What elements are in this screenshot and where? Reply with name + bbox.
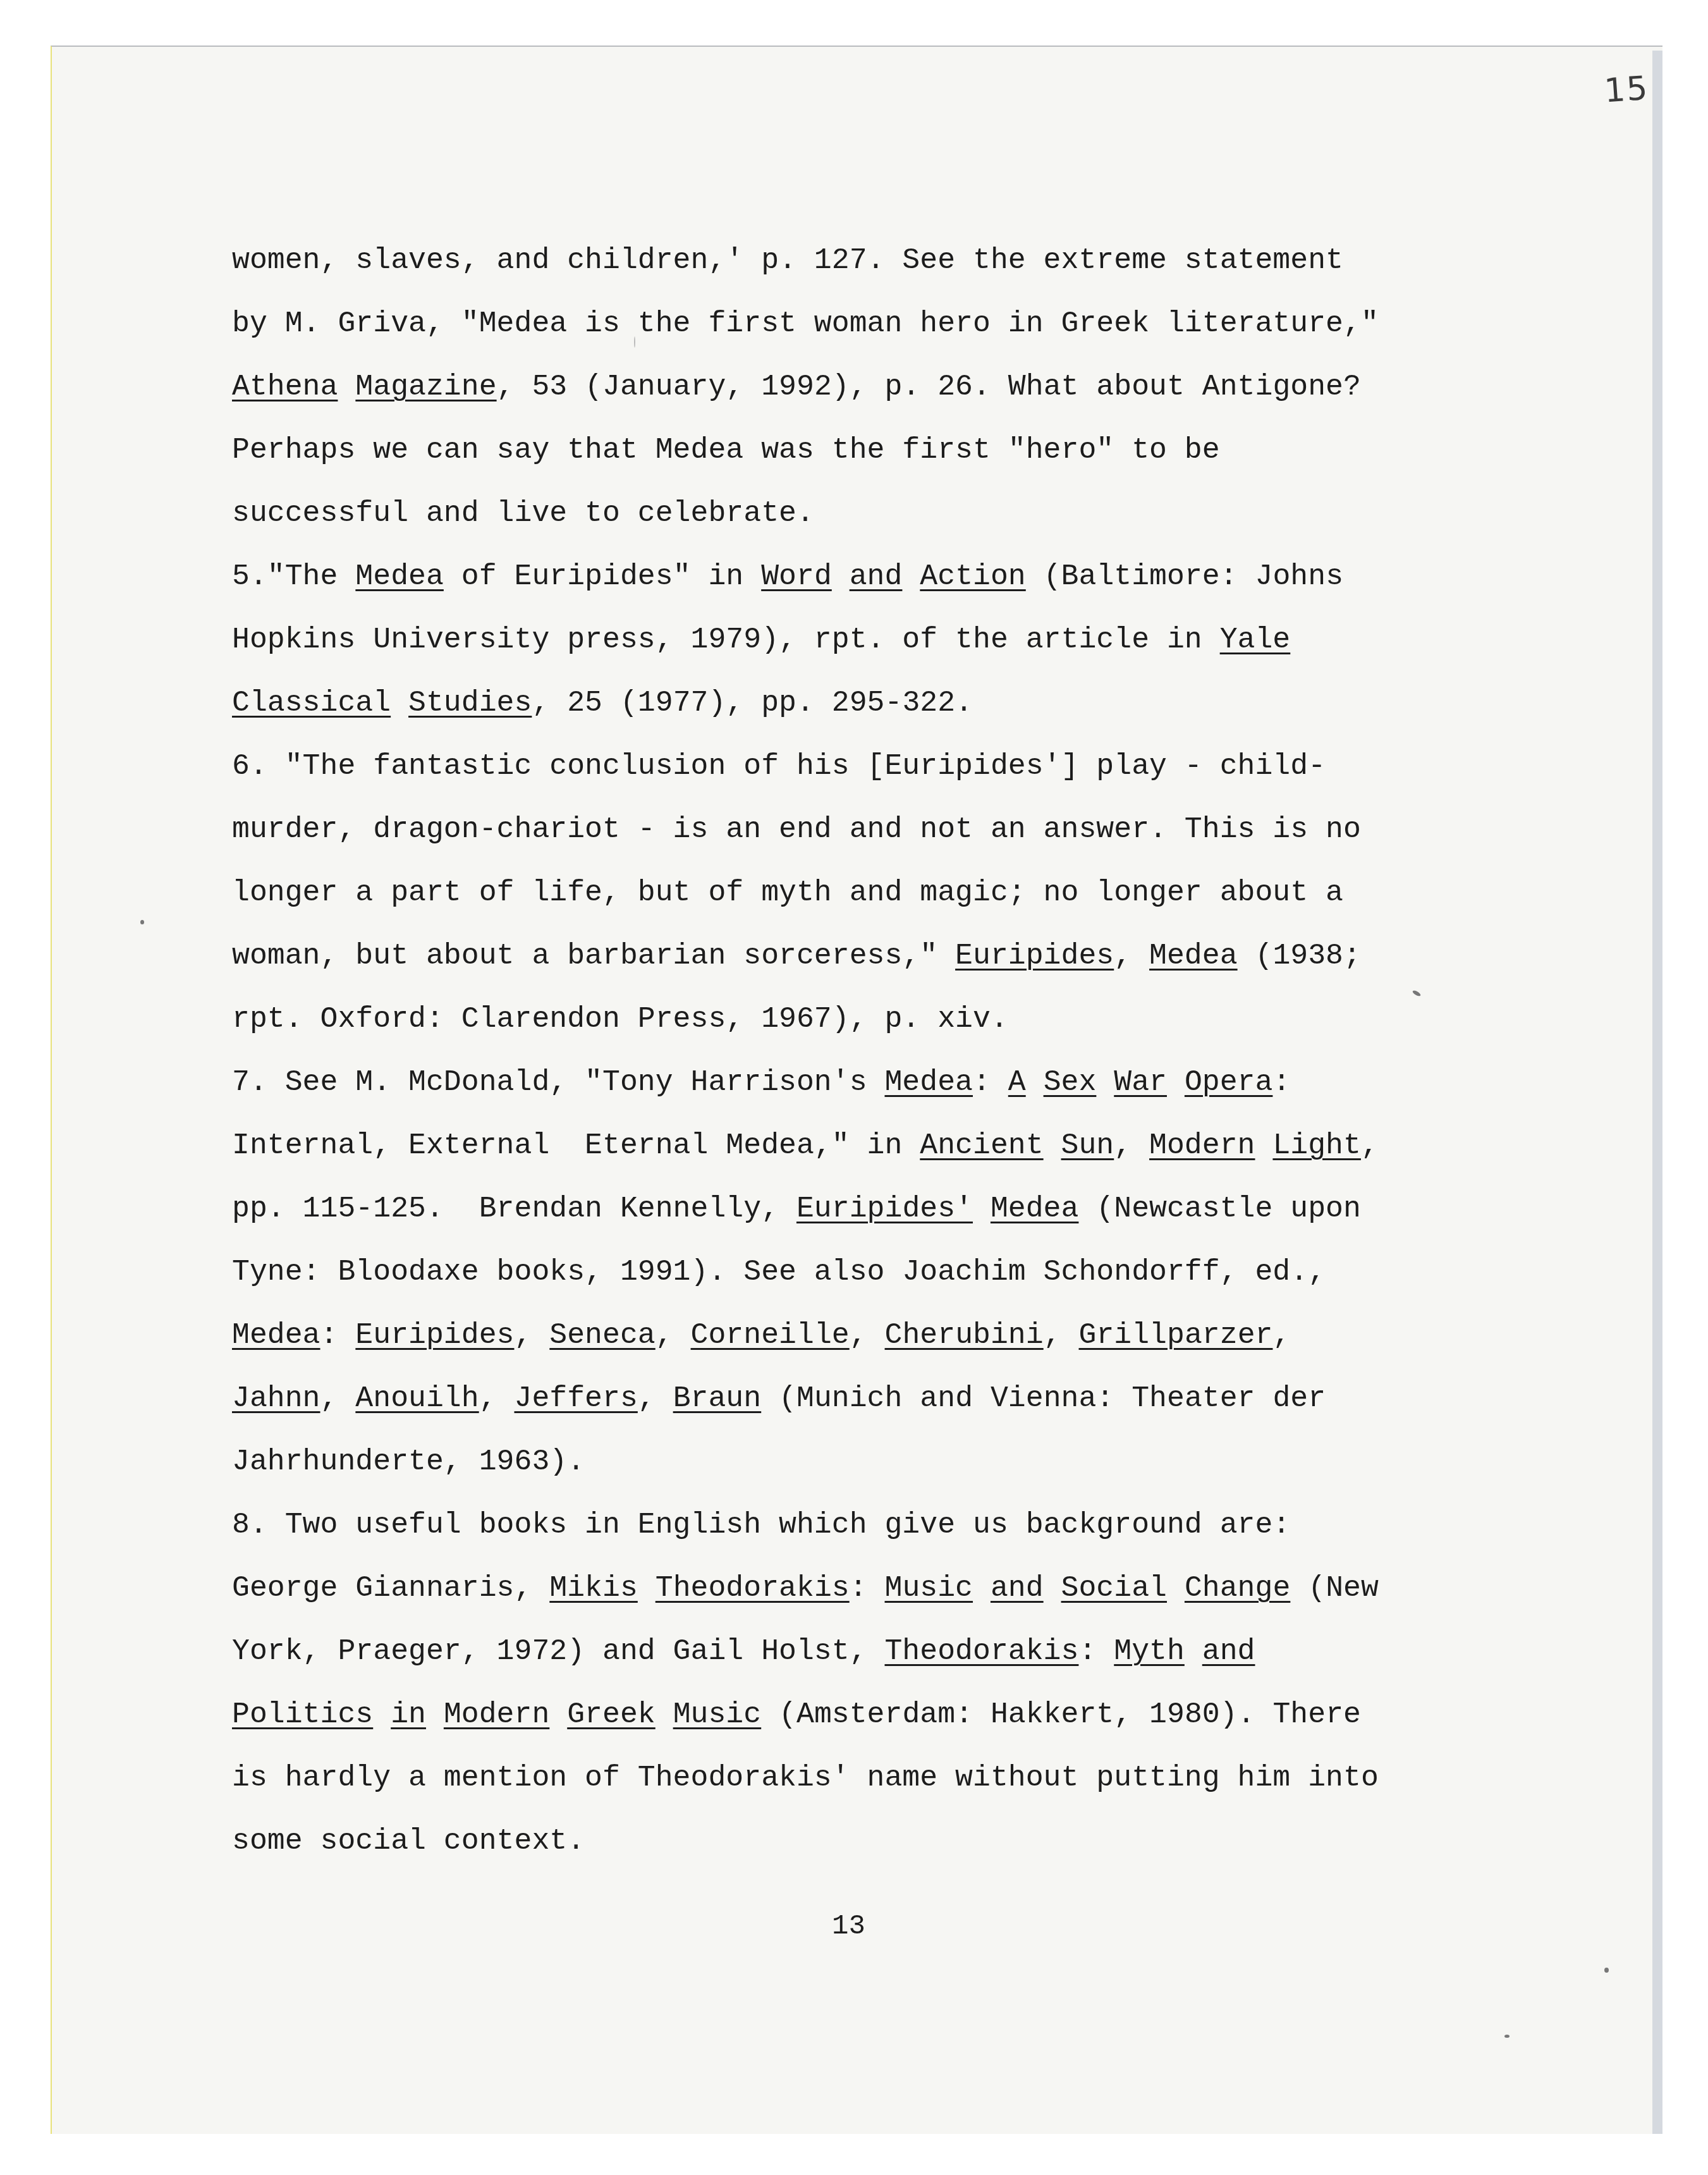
text-run: Internal, External Eternal Medea," in: [232, 1129, 920, 1162]
scan-speck: [1504, 2035, 1510, 2038]
text-run: Jahrhunderte, 1963).: [232, 1445, 585, 1478]
underlined-title: Euripides: [955, 939, 1114, 972]
text-run: (Newcastle upon: [1078, 1192, 1360, 1225]
text-run: York, Praeger, 1972) and Gail Holst,: [232, 1634, 884, 1668]
text-line: women, slaves, and children,' p. 127. Se…: [232, 229, 1547, 292]
underlined-title: Theodorakis: [656, 1571, 850, 1605]
text-line: Hopkins University press, 1979), rpt. of…: [232, 608, 1547, 671]
underlined-title: Action: [920, 560, 1025, 593]
text-line: Jahnn, Anouilh, Jeffers, Braun (Munich a…: [232, 1367, 1547, 1430]
underlined-title: Modern: [1149, 1129, 1255, 1162]
text-run: 6. "The fantastic conclusion of his [Eur…: [232, 749, 1326, 783]
text-line: pp. 115-125. Brendan Kennelly, Euripides…: [232, 1177, 1547, 1241]
text-run: pp. 115-125. Brendan Kennelly,: [232, 1192, 796, 1225]
handwritten-page-mark: 15: [1603, 70, 1650, 111]
text-run: :: [850, 1571, 885, 1605]
text-run: of Euripides" in: [444, 560, 761, 593]
text-line: by M. Griva, "Medea is the first woman h…: [232, 292, 1547, 355]
text-run: [1044, 1129, 1061, 1162]
underlined-title: Euripides': [796, 1192, 973, 1225]
underlined-title: Studies: [408, 686, 532, 720]
underlined-title: Mikis: [549, 1571, 638, 1605]
underlined-title: Social: [1061, 1571, 1167, 1605]
text-line: murder, dragon-chariot - is an end and n…: [232, 798, 1547, 861]
text-line: successful and live to celebrate.: [232, 482, 1547, 545]
text-run: [638, 1571, 656, 1605]
underlined-title: Medea: [232, 1318, 320, 1352]
underlined-title: Braun: [673, 1382, 762, 1415]
text-run: ,: [656, 1318, 691, 1352]
text-run: Hopkins University press, 1979), rpt. of…: [232, 623, 1220, 656]
underlined-title: Word: [761, 560, 832, 593]
text-line: woman, but about a barbarian sorceress,"…: [232, 924, 1547, 988]
text-line: Politics in Modern Greek Music (Amsterda…: [232, 1683, 1547, 1746]
text-run: woman, but about a barbarian sorceress,": [232, 939, 955, 972]
underlined-title: and: [1202, 1634, 1255, 1668]
text-run: some social context.: [232, 1824, 585, 1858]
text-run: [373, 1698, 391, 1731]
text-run: ,: [1114, 1129, 1149, 1162]
text-run: murder, dragon-chariot - is an end and n…: [232, 812, 1361, 846]
underlined-title: Theodorakis: [884, 1634, 1078, 1668]
text-run: [1026, 1065, 1044, 1099]
text-run: [1185, 1634, 1202, 1668]
text-line: Jahrhunderte, 1963).: [232, 1430, 1547, 1493]
text-run: by M. Griva, "Medea is the first woman h…: [232, 307, 1379, 340]
page-edge-shadow: [1652, 51, 1662, 2134]
underlined-title: in: [391, 1698, 426, 1731]
text-line: is hardly a mention of Theodorakis' name…: [232, 1746, 1547, 1810]
text-run: [973, 1571, 991, 1605]
text-line: Athena Magazine, 53 (January, 1992), p. …: [232, 355, 1547, 419]
text-run: ,: [1272, 1318, 1290, 1352]
text-run: (1938;: [1238, 939, 1361, 972]
text-line: rpt. Oxford: Clarendon Press, 1967), p. …: [232, 988, 1547, 1051]
footnotes-body: women, slaves, and children,' p. 127. Se…: [232, 229, 1547, 1873]
underlined-title: Seneca: [549, 1318, 655, 1352]
text-run: (Baltimore: Johns: [1026, 560, 1343, 593]
text-run: :: [1078, 1634, 1114, 1668]
underlined-title: Medea: [991, 1192, 1079, 1225]
text-run: :: [1272, 1065, 1290, 1099]
page-number: 13: [832, 1911, 865, 1942]
text-run: George Giannaris,: [232, 1571, 549, 1605]
underlined-title: Myth: [1114, 1634, 1185, 1668]
text-run: , 25 (1977), pp. 295-322.: [532, 686, 973, 720]
text-run: [426, 1698, 444, 1731]
underlined-title: Grillparzer: [1079, 1318, 1273, 1352]
text-run: (Amsterdam: Hakkert, 1980). There: [761, 1698, 1361, 1731]
text-run: ,: [515, 1318, 550, 1352]
underlined-title: Medea: [355, 560, 444, 593]
text-run: , 53 (January, 1992), p. 26. What about …: [497, 370, 1361, 403]
underlined-title: Music: [673, 1698, 762, 1731]
text-line: 5."The Medea of Euripides" in Word and A…: [232, 545, 1547, 608]
text-line: 6. "The fantastic conclusion of his [Eur…: [232, 735, 1547, 798]
text-run: :: [973, 1065, 1008, 1099]
text-run: 7. See M. McDonald, "Tony Harrison's: [232, 1065, 884, 1099]
underlined-title: Medea: [884, 1065, 973, 1099]
text-run: [1167, 1571, 1185, 1605]
underlined-title: Politics: [232, 1698, 373, 1731]
underlined-title: Ancient: [920, 1129, 1043, 1162]
underlined-title: Light: [1272, 1129, 1361, 1162]
underlined-title: Sex: [1044, 1065, 1097, 1099]
text-run: Perhaps we can say that Medea was the fi…: [232, 433, 1220, 467]
text-run: successful and live to celebrate.: [232, 496, 814, 530]
underlined-title: War: [1114, 1065, 1167, 1099]
text-run: [656, 1698, 673, 1731]
underlined-title: and: [850, 560, 903, 593]
text-run: ,: [850, 1318, 885, 1352]
text-run: [1096, 1065, 1114, 1099]
text-run: (New: [1290, 1571, 1379, 1605]
text-run: ,: [320, 1382, 356, 1415]
underlined-title: Jeffers: [515, 1382, 638, 1415]
text-line: Classical Studies, 25 (1977), pp. 295-32…: [232, 671, 1547, 735]
text-line: some social context.: [232, 1810, 1547, 1873]
text-run: [902, 560, 920, 593]
underlined-title: Opera: [1185, 1065, 1273, 1099]
underlined-title: Athena: [232, 370, 338, 403]
underlined-title: Corneille: [691, 1318, 850, 1352]
text-line: Medea: Euripides, Seneca, Corneille, Che…: [232, 1304, 1547, 1367]
underlined-title: Music: [885, 1571, 973, 1605]
text-run: [338, 370, 355, 403]
text-run: ,: [479, 1382, 515, 1415]
underlined-title: Anouilh: [355, 1382, 479, 1415]
text-run: ,: [1114, 939, 1149, 972]
text-run: [832, 560, 850, 593]
text-run: Tyne: Bloodaxe books, 1991). See also Jo…: [232, 1255, 1326, 1289]
text-run: 8. Two useful books in English which giv…: [232, 1508, 1290, 1541]
underlined-title: Magazine: [355, 370, 496, 403]
text-run: [1255, 1129, 1273, 1162]
scan-speck: [1604, 1968, 1609, 1973]
text-run: 5."The: [232, 560, 355, 593]
text-line: Tyne: Bloodaxe books, 1991). See also Jo…: [232, 1241, 1547, 1304]
text-run: [549, 1698, 567, 1731]
underlined-title: Classical: [232, 686, 391, 720]
text-run: ,: [1044, 1318, 1079, 1352]
underlined-title: Jahnn: [232, 1382, 320, 1415]
underlined-title: A: [1008, 1065, 1026, 1099]
underlined-title: Medea: [1149, 939, 1238, 972]
text-run: is hardly a mention of Theodorakis' name…: [232, 1761, 1379, 1794]
underlined-title: Modern: [444, 1698, 549, 1731]
underlined-title: Sun: [1061, 1129, 1114, 1162]
text-line: Internal, External Eternal Medea," in An…: [232, 1114, 1547, 1177]
text-run: (Munich and Vienna: Theater der: [761, 1382, 1326, 1415]
text-run: ,: [638, 1382, 673, 1415]
scan-speck: [634, 336, 635, 348]
text-run: women, slaves, and children,' p. 127. Se…: [232, 243, 1343, 277]
text-run: [391, 686, 408, 720]
scan-speck: [140, 920, 144, 924]
text-run: [973, 1192, 991, 1225]
text-run: rpt. Oxford: Clarendon Press, 1967), p. …: [232, 1002, 1008, 1036]
text-line: longer a part of life, but of myth and m…: [232, 861, 1547, 924]
text-run: :: [320, 1318, 356, 1352]
text-run: [1167, 1065, 1185, 1099]
text-line: Perhaps we can say that Medea was the fi…: [232, 419, 1547, 482]
text-run: longer a part of life, but of myth and m…: [232, 876, 1343, 909]
underlined-title: Greek: [567, 1698, 656, 1731]
text-line: 7. See M. McDonald, "Tony Harrison's Med…: [232, 1051, 1547, 1114]
underlined-title: Euripides: [355, 1318, 514, 1352]
text-line: 8. Two useful books in English which giv…: [232, 1493, 1547, 1557]
text-line: George Giannaris, Mikis Theodorakis: Mus…: [232, 1557, 1547, 1620]
underlined-title: Yale: [1220, 623, 1291, 656]
text-run: [1044, 1571, 1061, 1605]
text-run: ,: [1361, 1129, 1379, 1162]
underlined-title: Change: [1185, 1571, 1290, 1605]
underlined-title: Cherubini: [885, 1318, 1044, 1352]
text-line: York, Praeger, 1972) and Gail Holst, The…: [232, 1620, 1547, 1683]
underlined-title: and: [991, 1571, 1044, 1605]
